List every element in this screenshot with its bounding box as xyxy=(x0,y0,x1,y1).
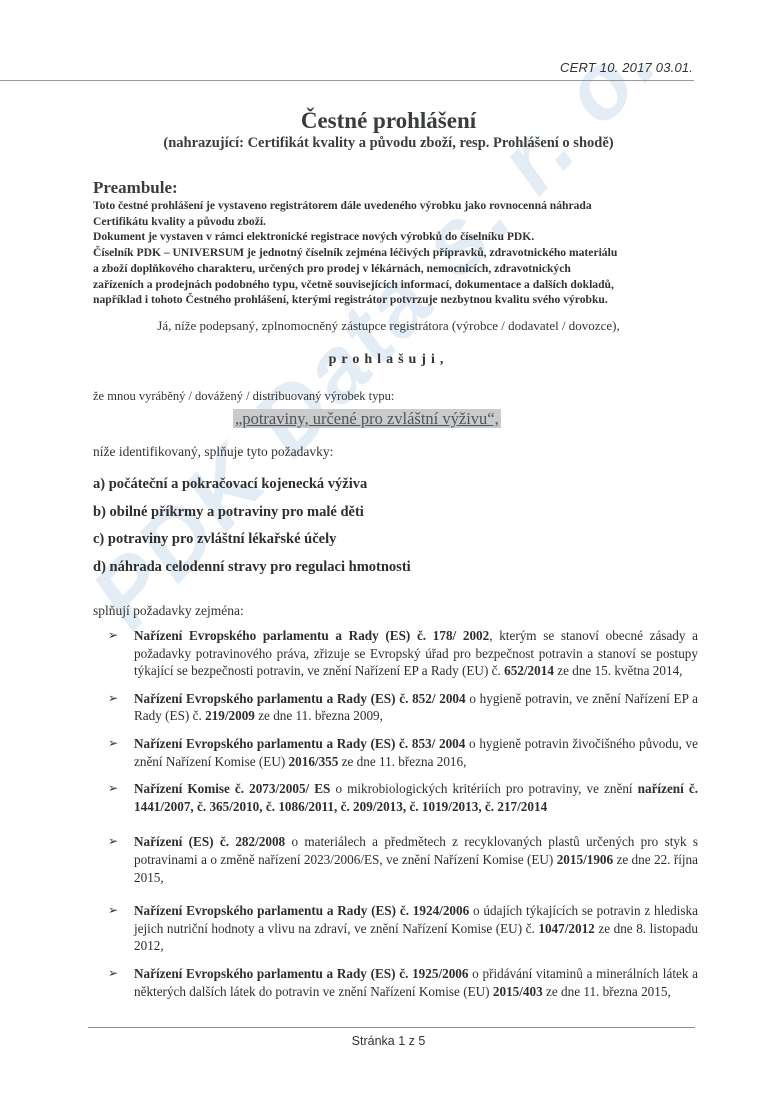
undersigned-statement: Já, níže podepsaný, zplnomocněný zástupc… xyxy=(0,318,777,334)
preamble-line: zařízeních a prodejnách podobného typu, … xyxy=(93,277,693,293)
preamble-line: Číselník PDK – UNIVERSUM je jednotný čís… xyxy=(93,245,693,261)
regulation-title: Nařízení (ES) č. 282/2008 xyxy=(134,834,285,849)
regulation-amendment: 2016/355 xyxy=(289,754,339,769)
regulation-title: Nařízení Evropského parlamentu a Rady (E… xyxy=(134,966,468,981)
regulation-date: ze dne 15. května 2014, xyxy=(554,663,683,678)
regulation-amendment: 219/2009 xyxy=(205,708,255,723)
regulation-amendment: 652/2014 xyxy=(504,663,554,678)
regulation-date: ze dne 11. března 2009, xyxy=(255,708,383,723)
document-title: Čestné prohlášení xyxy=(0,108,777,134)
page-number: Stránka 1 z 5 xyxy=(0,1034,777,1048)
regulation-date: ze dne 11. března 2015, xyxy=(543,984,671,999)
arrow-bullet-icon: ➢ xyxy=(108,965,118,983)
regulation-title: Nařízení Komise č. 2073/2005/ ES xyxy=(134,781,330,796)
category-item: a) počáteční a pokračovací kojenecká výž… xyxy=(93,474,411,502)
arrow-bullet-icon: ➢ xyxy=(108,833,118,851)
preamble-line: a zboží doplňkového charakteru, určených… xyxy=(93,261,693,277)
regulation-text: o mikrobiologických kritériích pro potra… xyxy=(330,781,637,796)
regulation-item: ➢Nařízení Evropského parlamentu a Rady (… xyxy=(108,965,698,1000)
regulation-title: Nařízení Evropského parlamentu a Rady (E… xyxy=(134,736,465,751)
footer-divider xyxy=(88,1027,695,1028)
arrow-bullet-icon: ➢ xyxy=(108,735,118,753)
category-item: b) obilné příkrmy a potraviny pro malé d… xyxy=(93,502,411,530)
regulation-item: ➢Nařízení Komise č. 2073/2005/ ES o mikr… xyxy=(108,780,698,815)
identified-statement: níže identifikovaný, splňuje tyto požada… xyxy=(93,444,333,460)
preamble-text: Toto čestné prohlášení je vystaveno regi… xyxy=(93,198,693,308)
document-subtitle: (nahrazující: Certifikát kvality a původ… xyxy=(0,135,777,152)
preamble-line: Certifikátu kvality a původu zboží. xyxy=(93,214,693,230)
arrow-bullet-icon: ➢ xyxy=(108,780,118,798)
category-item: c) potraviny pro zvláštní lékařské účely xyxy=(93,529,411,557)
regulation-amendment: 1047/2012 xyxy=(538,921,594,936)
preamble-line: Toto čestné prohlášení je vystaveno regi… xyxy=(93,198,693,214)
regulation-date: ze dne 11. března 2016, xyxy=(338,754,466,769)
regulation-title: Nařízení Evropského parlamentu a Rady (E… xyxy=(134,628,489,643)
arrow-bullet-icon: ➢ xyxy=(108,627,118,645)
header-divider xyxy=(0,80,694,81)
product-intro: že mnou vyráběný / dovážený / distribuov… xyxy=(93,389,394,404)
regulation-amendment: 2015/403 xyxy=(493,984,543,999)
preamble-line: například i tohoto Čestného prohlášení, … xyxy=(93,292,693,308)
regulation-item: ➢Nařízení (ES) č. 282/2008 o materiálech… xyxy=(108,833,698,886)
regulation-amendment: 2015/1906 xyxy=(557,852,613,867)
arrow-bullet-icon: ➢ xyxy=(108,902,118,920)
declaration-heading: prohlašuji, xyxy=(0,352,777,368)
requirements-intro: splňují požadavky zejména: xyxy=(93,603,244,619)
regulation-item: ➢Nařízení Evropského parlamentu a Rady (… xyxy=(108,902,698,955)
regulation-list: ➢Nařízení Evropského parlamentu a Rady (… xyxy=(108,627,698,1010)
regulation-item: ➢Nařízení Evropského parlamentu a Rady (… xyxy=(108,690,698,725)
arrow-bullet-icon: ➢ xyxy=(108,690,118,708)
preamble-heading: Preambule: xyxy=(93,178,178,198)
regulation-item: ➢Nařízení Evropského parlamentu a Rady (… xyxy=(108,735,698,770)
category-item: d) náhrada celodenní stravy pro regulaci… xyxy=(93,557,411,585)
regulation-title: Nařízení Evropského parlamentu a Rady (E… xyxy=(134,691,466,706)
regulation-item: ➢Nařízení Evropského parlamentu a Rady (… xyxy=(108,627,698,680)
product-type: „potraviny, určené pro zvláštní výživu“, xyxy=(233,409,501,428)
category-list: a) počáteční a pokračovací kojenecká výž… xyxy=(93,474,411,584)
preamble-line: Dokument je vystaven v rámci elektronick… xyxy=(93,229,693,245)
regulation-title: Nařízení Evropského parlamentu a Rady (E… xyxy=(134,903,469,918)
document-reference: CERT 10. 2017 03.01. xyxy=(560,60,693,75)
product-type-wrap: „potraviny, určené pro zvláštní výživu“, xyxy=(233,409,501,429)
